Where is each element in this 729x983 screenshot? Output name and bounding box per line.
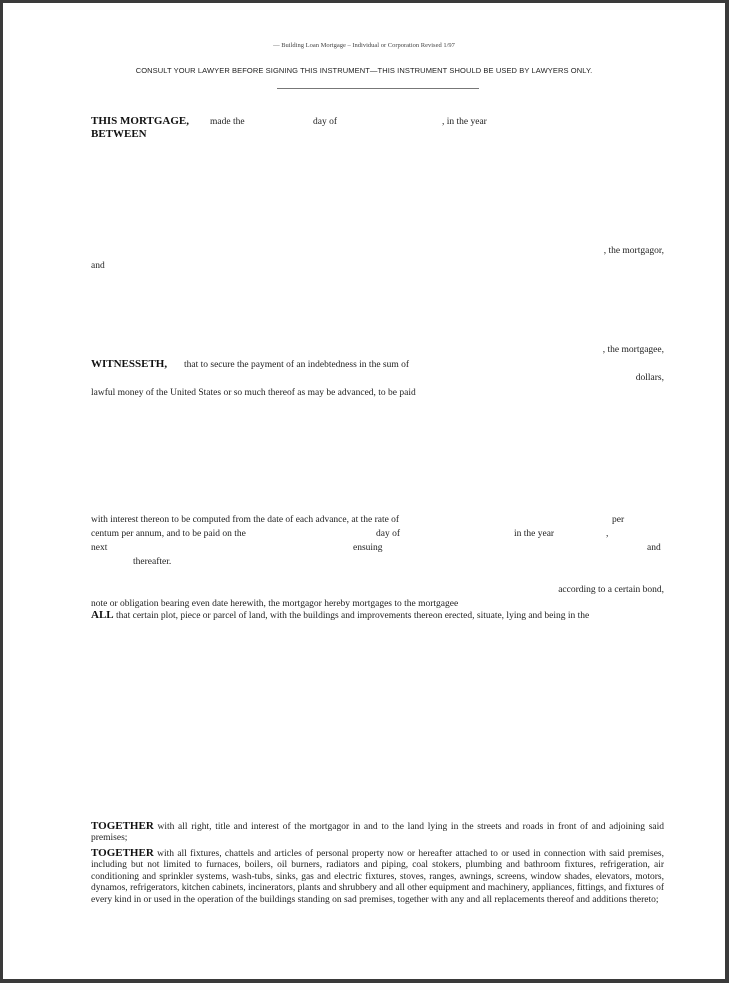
mortgagor-label: , the mortgagor, bbox=[604, 246, 664, 256]
witnesseth-heading: WITNESSETH, bbox=[91, 358, 167, 370]
witnesseth-text: that to secure the payment of an indebte… bbox=[184, 360, 409, 370]
together-heading-1: TOGETHER bbox=[91, 820, 154, 832]
per-label: per bbox=[612, 515, 624, 525]
together-text-2: with all fixtures, chattels and articles… bbox=[91, 849, 664, 905]
together-clause-1: TOGETHER with all right, title and inter… bbox=[91, 821, 664, 845]
comma-mark: , bbox=[606, 529, 608, 539]
in-the-year-label: , in the year bbox=[442, 117, 487, 127]
note-obligation-text: note or obligation bearing even date her… bbox=[91, 599, 458, 609]
and-label: and bbox=[91, 261, 105, 271]
all-clause-text: that certain plot, piece or parcel of la… bbox=[116, 611, 589, 621]
all-clause: ALL that certain plot, piece or parcel o… bbox=[91, 610, 664, 622]
header-divider bbox=[277, 88, 479, 89]
dollars-label: dollars, bbox=[636, 373, 664, 383]
together-clause-2: TOGETHER with all fixtures, chattels and… bbox=[91, 848, 664, 906]
lawful-money-text: lawful money of the United States or so … bbox=[91, 388, 416, 398]
next-label: next bbox=[91, 543, 107, 553]
interest-line-1: with interest thereon to be computed fro… bbox=[91, 515, 399, 525]
made-the-label: made the bbox=[210, 117, 245, 127]
day-of-label-2: day of bbox=[376, 529, 400, 539]
document-page: — Building Loan Mortgage – Individual or… bbox=[3, 3, 725, 979]
all-heading: ALL bbox=[91, 609, 114, 621]
thereafter-label: thereafter. bbox=[133, 557, 171, 567]
day-of-label: day of bbox=[313, 117, 337, 127]
in-the-year-label-2: in the year bbox=[514, 529, 554, 539]
interest-line-2: centum per annum, and to be paid on the bbox=[91, 529, 246, 539]
together-text-1: with all right, title and interest of th… bbox=[91, 822, 664, 843]
ensuing-label: ensuing bbox=[353, 543, 383, 553]
form-identifier: — Building Loan Mortgage – Individual or… bbox=[3, 42, 725, 49]
according-to-bond: according to a certain bond, bbox=[558, 585, 664, 595]
this-mortgage-heading: THIS MORTGAGE, bbox=[91, 115, 189, 127]
lawyer-warning: CONSULT YOUR LAWYER BEFORE SIGNING THIS … bbox=[3, 66, 725, 75]
between-heading: BETWEEN bbox=[91, 128, 147, 140]
mortgagee-label: , the mortgagee, bbox=[603, 345, 664, 355]
together-heading-2: TOGETHER bbox=[91, 847, 154, 859]
and-label-2: and bbox=[647, 543, 661, 553]
